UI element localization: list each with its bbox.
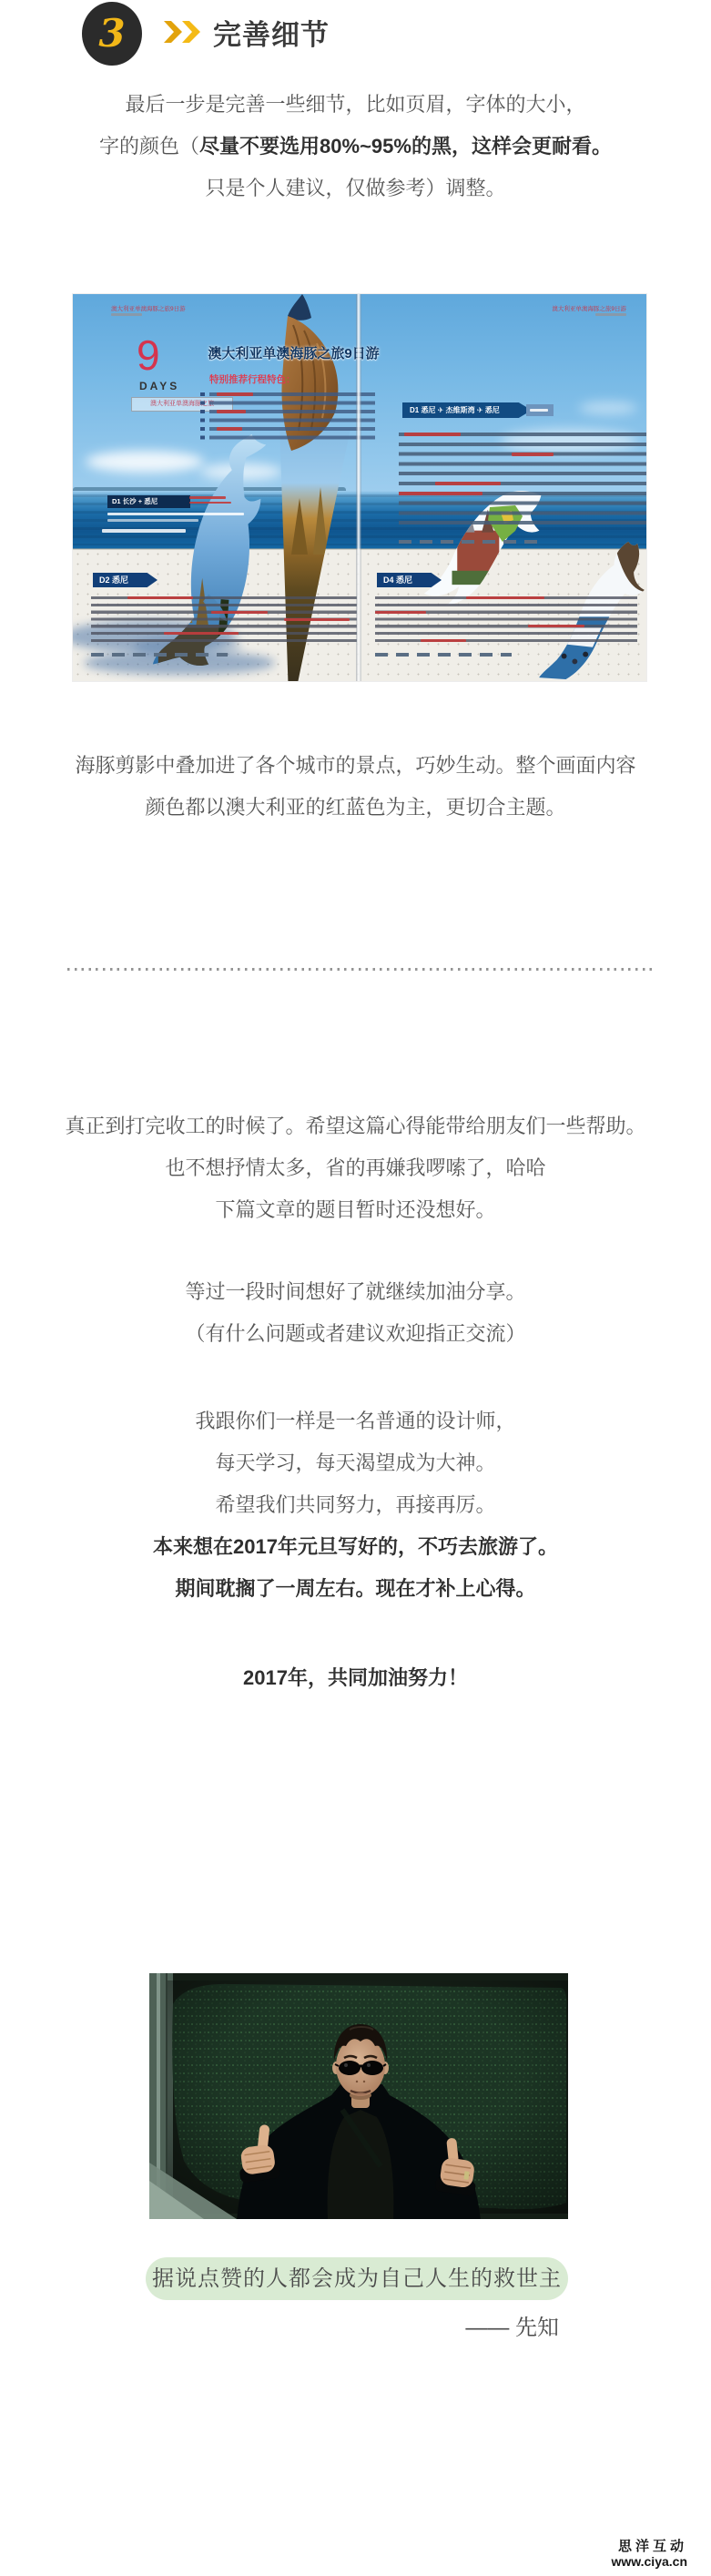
closing-line: 也不想抒情太多，省的再嫌我啰嗦了，哈哈 xyxy=(0,1153,711,1184)
closing-line: 每天学习，每天渴望成为大神。 xyxy=(0,1448,711,1479)
dotted-divider xyxy=(67,968,652,971)
page-fold xyxy=(356,294,361,681)
caption-line-2: 颜色都以澳大利亚的红蓝色为主，更切合主题。 xyxy=(0,792,711,823)
day1-route-banner: D1 悉尼 ✈ 杰维斯湾 ✈ 悉尼 xyxy=(402,402,532,418)
brochure-figure: 澳大利亚单澳海豚之旅9日游 9 DAYS 澳大利亚单澳海豚之旅 澳大利亚单澳海豚… xyxy=(73,294,646,681)
site-watermark: 思洋互动 www.ciya.cn xyxy=(611,2539,687,2569)
intro-line-2: 字的颜色（尽量不要选用80%~95%的黑，这样会更耐看。 xyxy=(0,131,711,162)
closing-line: （有什么问题或者建议欢迎指正交流） xyxy=(0,1319,711,1349)
day1-left-banner: D1 长沙 + 悉尼 xyxy=(107,495,190,508)
section-title: 完善细节 xyxy=(213,12,330,53)
matrix-neo-illustration xyxy=(149,1973,568,2219)
features-heading: 特别推荐行程特色： xyxy=(209,372,296,386)
article-page: 3 完善细节 最后一步是完善一些细节，比如页眉，字体的大小， 字的颜色（尽量不要… xyxy=(0,0,711,2576)
quote-attribution: —— 先知 xyxy=(0,2309,559,2341)
corner-note-right: 澳大利亚单澳海豚之旅9日游 xyxy=(539,304,626,312)
closing-line: 我跟你们一样是一名普通的设计师， xyxy=(0,1406,711,1437)
closing-line: 希望我们共同努力，再接再厉。 xyxy=(0,1490,711,1521)
day2-banner: D2 悉尼 xyxy=(93,573,157,587)
meal-row xyxy=(91,653,228,657)
watermark-url: www.ciya.cn xyxy=(611,2554,687,2569)
step-number-badge: 3 xyxy=(82,2,142,66)
feature-text-lines xyxy=(209,392,375,443)
bullet-diamonds xyxy=(200,392,205,443)
closing-line-bold: 本来想在2017年元旦写好的，不巧去旅游了。 xyxy=(0,1532,711,1563)
banner-tail xyxy=(526,404,554,416)
closing-line: 下篇文章的题目暂时还没想好。 xyxy=(0,1195,711,1226)
day4-text-lines xyxy=(375,596,637,646)
meal-row xyxy=(399,540,544,544)
closing-line: 真正到打完收工的时候了。希望这篇心得能带给朋友们一些帮助。 xyxy=(0,1111,711,1142)
closing-line: 等过一段时间想好了就继续加油分享。 xyxy=(0,1277,711,1308)
days-label: DAYS xyxy=(139,380,179,392)
closing-slogan: 2017年，共同加油努力！ xyxy=(0,1663,711,1694)
quote-pill: 据说点赞的人都会成为自己人生的救世主 xyxy=(146,2257,568,2300)
day4-banner: D4 悉尼 xyxy=(377,573,442,587)
corner-note-left: 澳大利亚单澳海豚之旅9日游 xyxy=(111,304,186,312)
days-number: 9 xyxy=(137,334,160,376)
cloud xyxy=(579,402,637,414)
meal-row xyxy=(375,653,512,657)
matrix-figure xyxy=(149,1973,568,2219)
watermark-brand: 思洋互动 xyxy=(611,2539,687,2554)
double-chevron-icon xyxy=(162,20,204,44)
closing-line-bold: 期间耽搁了一周左右。现在才补上心得。 xyxy=(0,1573,711,1604)
caption-line-1: 海豚剪影中叠加进了各个城市的景点，巧妙生动。整个画面内容 xyxy=(0,750,711,781)
intro-line-3: 只是个人建议，仅做参考）调整。 xyxy=(0,173,711,204)
intro-line-1: 最后一步是完善一些细节，比如页眉，字体的大小， xyxy=(0,89,711,120)
